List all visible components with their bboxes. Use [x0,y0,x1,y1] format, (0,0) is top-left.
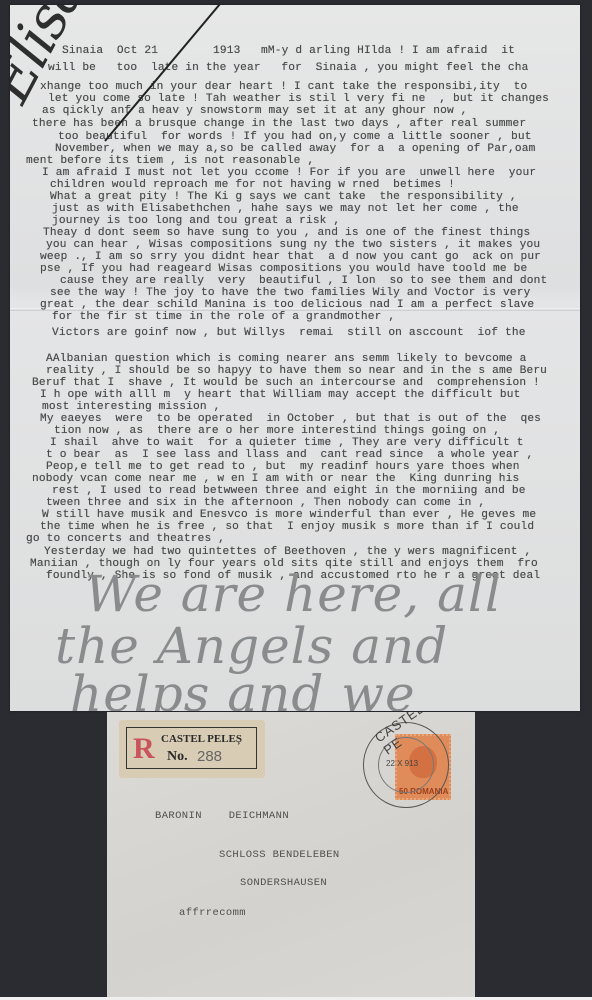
registration-label: R CASTEL PELEȘ No. 288 [119,720,265,778]
typed-line: go to concerts and theatres , [26,533,225,546]
handwritten-line-3: helps and we [70,665,416,711]
postmark-date: 22 X 913 [386,759,418,768]
typed-line: will be too late in the year for Sinaia … [48,62,528,75]
registration-number: 288 [197,748,222,765]
registration-office: CASTEL PELEȘ [161,733,242,745]
typed-line: for the fir st time in the role of a gra… [52,311,395,324]
typed-letter: Sinaia Oct 21 1913 mM-y d arling HIlda !… [10,5,580,711]
envelope-fragment: R CASTEL PELEȘ No. 288 50 ROMANIA CASTEL… [107,712,475,1000]
postmark: CASTEL PE 22 X 913 [363,722,449,808]
registration-number-label: No. [167,749,188,765]
address-town: SONDERSHAUSEN [240,877,327,889]
registered-r-mark: R [133,732,155,766]
address-recipient: BARONIN DEICHMANN [155,810,289,822]
address-estate: SCHLOSS BENDELEBEN [219,849,340,861]
typed-line: as qickly anf a heav y snowstorm may set… [42,105,468,118]
typed-line: Sinaia Oct 21 1913 mM-y d arling HIlda !… [62,45,515,58]
handwritten-line-1: We are here, all [85,565,502,623]
typed-line: Victors are goinf now , but Willys remai… [52,327,526,340]
postal-note: affrrecomm [179,907,246,919]
typed-line: there has been a brusque change in the l… [32,118,526,131]
